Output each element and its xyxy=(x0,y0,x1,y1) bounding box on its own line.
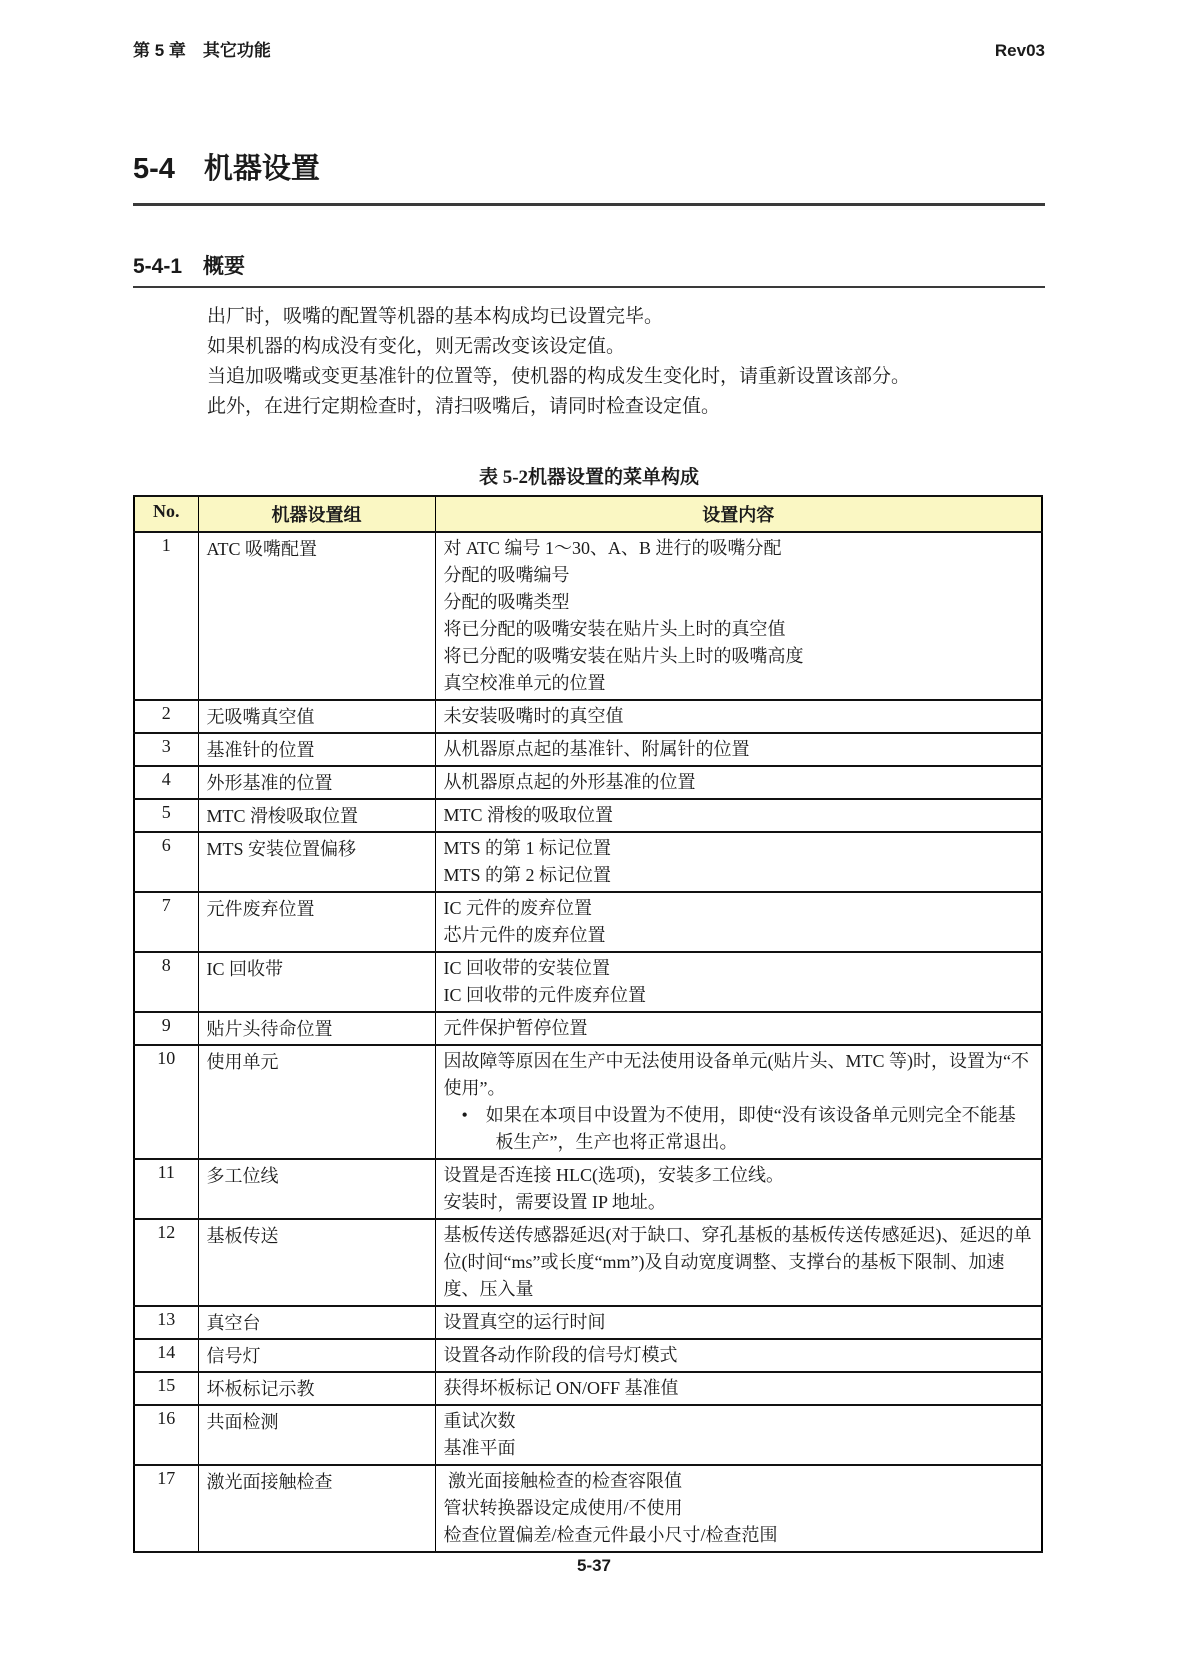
setting-content-line: 重试次数 xyxy=(444,1408,1034,1435)
setting-group-cell: 元件废弃位置 xyxy=(198,892,435,952)
subsection-title: 5-4-1 概要 xyxy=(133,250,1045,280)
row-number-cell: 15 xyxy=(134,1372,198,1405)
row-number-cell: 17 xyxy=(134,1465,198,1552)
row-number-cell: 12 xyxy=(134,1219,198,1306)
setting-content-cell: IC 回收带的安装位置IC 回收带的元件废弃位置 xyxy=(435,952,1042,1012)
row-number-cell: 8 xyxy=(134,952,198,1012)
setting-content-line: 设置各动作阶段的信号灯模式 xyxy=(444,1342,1034,1369)
chapter-header-text: 第 5 章 其它功能 xyxy=(133,36,271,61)
table-row: 2无吸嘴真空值未安装吸嘴时的真空值 xyxy=(134,700,1042,733)
setting-content-cell: MTS 的第 1 标记位置MTS 的第 2 标记位置 xyxy=(435,832,1042,892)
setting-content-cell: IC 元件的废弃位置芯片元件的废弃位置 xyxy=(435,892,1042,952)
setting-content-line: 基板传送传感器延迟(对于缺口、穿孔基板的基板传送传感延迟)、延迟的单位(时间“m… xyxy=(444,1222,1034,1303)
table-caption: 表 5-2机器设置的菜单构成 xyxy=(133,462,1045,489)
setting-content-line: 获得坏板标记 ON/OFF 基准值 xyxy=(444,1375,1034,1402)
setting-content-line: 将已分配的吸嘴安装在贴片头上时的吸嘴高度 xyxy=(444,643,1034,670)
setting-group-cell: IC 回收带 xyxy=(198,952,435,1012)
table-row: 7元件废弃位置IC 元件的废弃位置芯片元件的废弃位置 xyxy=(134,892,1042,952)
setting-content-line: 从机器原点起的基准针、附属针的位置 xyxy=(444,736,1034,763)
setting-content-cell: MTC 滑梭的吸取位置 xyxy=(435,799,1042,832)
page-content: 第 5 章 其它功能 Rev03 5-4 机器设置 5-4-1 概要 出厂时，吸… xyxy=(133,0,1045,1553)
table-body: 1ATC 吸嘴配置对 ATC 编号 1～30、A、B 进行的吸嘴分配分配的吸嘴编… xyxy=(134,532,1042,1552)
revision-label: Rev03 xyxy=(995,41,1045,61)
setting-content-line: • 如果在本项目中设置为不使用，即使“没有该设备单元则完全不能基板生产”，生产也… xyxy=(444,1102,1034,1156)
setting-content-cell: 设置是否连接 HLC(选项)，安装多工位线。安装时，需要设置 IP 地址。 xyxy=(435,1159,1042,1219)
setting-content-cell: 基板传送传感器延迟(对于缺口、穿孔基板的基板传送传感延迟)、延迟的单位(时间“m… xyxy=(435,1219,1042,1306)
setting-content-line: 因故障等原因在生产中无法使用设备单元(贴片头、MTC 等)时，设置为“不使用”。 xyxy=(444,1048,1034,1102)
page-number: 5-37 xyxy=(0,1556,1188,1576)
table-row: 5MTC 滑梭吸取位置MTC 滑梭的吸取位置 xyxy=(134,799,1042,832)
setting-content-cell: 对 ATC 编号 1～30、A、B 进行的吸嘴分配分配的吸嘴编号分配的吸嘴类型将… xyxy=(435,532,1042,700)
setting-content-cell: 获得坏板标记 ON/OFF 基准值 xyxy=(435,1372,1042,1405)
setting-content-line: IC 回收带的安装位置 xyxy=(444,955,1034,982)
table-header: No. 机器设置组 设置内容 xyxy=(134,496,1042,532)
setting-content-line: 真空校准单元的位置 xyxy=(444,670,1034,697)
setting-group-cell: 基准针的位置 xyxy=(198,733,435,766)
setting-group-cell: 信号灯 xyxy=(198,1339,435,1372)
row-number-cell: 6 xyxy=(134,832,198,892)
table-row: 15坏板标记示教获得坏板标记 ON/OFF 基准值 xyxy=(134,1372,1042,1405)
table-row: 13真空台设置真空的运行时间 xyxy=(134,1306,1042,1339)
row-number-cell: 1 xyxy=(134,532,198,700)
setting-group-cell: MTC 滑梭吸取位置 xyxy=(198,799,435,832)
row-number-cell: 7 xyxy=(134,892,198,952)
row-number-cell: 4 xyxy=(134,766,198,799)
setting-content-line: 安装时，需要设置 IP 地址。 xyxy=(444,1189,1034,1216)
row-number-cell: 13 xyxy=(134,1306,198,1339)
setting-content-cell: 设置各动作阶段的信号灯模式 xyxy=(435,1339,1042,1372)
table-row: 6MTS 安装位置偏移MTS 的第 1 标记位置MTS 的第 2 标记位置 xyxy=(134,832,1042,892)
setting-content-line: 分配的吸嘴编号 xyxy=(444,562,1034,589)
setting-content-line: 设置真空的运行时间 xyxy=(444,1309,1034,1336)
table-row: 10使用单元因故障等原因在生产中无法使用设备单元(贴片头、MTC 等)时，设置为… xyxy=(134,1045,1042,1159)
setting-content-cell: 激光面接触检查的检查容限值管状转换器设定成使用/不使用检查位置偏差/检查元件最小… xyxy=(435,1465,1042,1552)
running-header: 第 5 章 其它功能 Rev03 xyxy=(133,0,1045,61)
overview-line: 出厂时，吸嘴的配置等机器的基本构成均已设置完毕。 xyxy=(207,302,1045,332)
setting-group-cell: 使用单元 xyxy=(198,1045,435,1159)
setting-content-line: 激光面接触检查的检查容限值 xyxy=(444,1468,1034,1495)
row-number-cell: 11 xyxy=(134,1159,198,1219)
setting-content-line: 管状转换器设定成使用/不使用 xyxy=(444,1495,1034,1522)
setting-group-cell: 基板传送 xyxy=(198,1219,435,1306)
table-row: 4外形基准的位置从机器原点起的外形基准的位置 xyxy=(134,766,1042,799)
row-number-cell: 5 xyxy=(134,799,198,832)
setting-content-cell: 从机器原点起的外形基准的位置 xyxy=(435,766,1042,799)
setting-group-cell: MTS 安装位置偏移 xyxy=(198,832,435,892)
column-header-group: 机器设置组 xyxy=(198,496,435,532)
setting-content-cell: 从机器原点起的基准针、附属针的位置 xyxy=(435,733,1042,766)
setting-content-line: 设置是否连接 HLC(选项)，安装多工位线。 xyxy=(444,1162,1034,1189)
overview-paragraphs: 出厂时，吸嘴的配置等机器的基本构成均已设置完毕。 如果机器的构成没有变化，则无需… xyxy=(133,302,1045,422)
setting-content-line: MTS 的第 1 标记位置 xyxy=(444,835,1034,862)
setting-content-line: 芯片元件的废弃位置 xyxy=(444,922,1034,949)
setting-content-cell: 未安装吸嘴时的真空值 xyxy=(435,700,1042,733)
row-number-cell: 16 xyxy=(134,1405,198,1465)
table-row: 8IC 回收带IC 回收带的安装位置IC 回收带的元件废弃位置 xyxy=(134,952,1042,1012)
subsection-title-rule xyxy=(133,286,1045,288)
table-row: 3基准针的位置从机器原点起的基准针、附属针的位置 xyxy=(134,733,1042,766)
section-title-rule xyxy=(133,203,1045,206)
setting-group-cell: 无吸嘴真空值 xyxy=(198,700,435,733)
setting-content-line: 将已分配的吸嘴安装在贴片头上时的真空值 xyxy=(444,616,1034,643)
setting-content-line: 未安装吸嘴时的真空值 xyxy=(444,703,1034,730)
column-header-no: No. xyxy=(134,496,198,532)
overview-line: 当追加吸嘴或变更基准针的位置等，使机器的构成发生变化时，请重新设置该部分。 xyxy=(207,362,1045,392)
setting-group-cell: 坏板标记示教 xyxy=(198,1372,435,1405)
setting-content-line: IC 回收带的元件废弃位置 xyxy=(444,982,1034,1009)
setting-content-line: IC 元件的废弃位置 xyxy=(444,895,1034,922)
machine-settings-table: No. 机器设置组 设置内容 1ATC 吸嘴配置对 ATC 编号 1～30、A、… xyxy=(133,495,1043,1553)
setting-group-cell: 共面检测 xyxy=(198,1405,435,1465)
setting-group-cell: 多工位线 xyxy=(198,1159,435,1219)
setting-content-line: MTS 的第 2 标记位置 xyxy=(444,862,1034,889)
setting-content-cell: 设置真空的运行时间 xyxy=(435,1306,1042,1339)
setting-group-cell: 外形基准的位置 xyxy=(198,766,435,799)
setting-content-line: 从机器原点起的外形基准的位置 xyxy=(444,769,1034,796)
table-row: 14信号灯设置各动作阶段的信号灯模式 xyxy=(134,1339,1042,1372)
manual-page: 第 5 章 其它功能 Rev03 5-4 机器设置 5-4-1 概要 出厂时，吸… xyxy=(0,0,1188,1680)
column-header-content: 设置内容 xyxy=(435,496,1042,532)
setting-content-line: 分配的吸嘴类型 xyxy=(444,589,1034,616)
table-row: 12基板传送基板传送传感器延迟(对于缺口、穿孔基板的基板传送传感延迟)、延迟的单… xyxy=(134,1219,1042,1306)
row-number-cell: 9 xyxy=(134,1012,198,1045)
overview-line: 此外，在进行定期检查时，清扫吸嘴后，请同时检查设定值。 xyxy=(207,392,1045,422)
setting-content-line: 对 ATC 编号 1～30、A、B 进行的吸嘴分配 xyxy=(444,535,1034,562)
setting-content-cell: 因故障等原因在生产中无法使用设备单元(贴片头、MTC 等)时，设置为“不使用”。… xyxy=(435,1045,1042,1159)
setting-group-cell: 贴片头待命位置 xyxy=(198,1012,435,1045)
setting-content-cell: 重试次数基准平面 xyxy=(435,1405,1042,1465)
setting-content-line: MTC 滑梭的吸取位置 xyxy=(444,802,1034,829)
setting-content-line: 检查位置偏差/检查元件最小尺寸/检查范围 xyxy=(444,1522,1034,1549)
setting-content-cell: 元件保护暂停位置 xyxy=(435,1012,1042,1045)
setting-group-cell: 激光面接触检查 xyxy=(198,1465,435,1552)
setting-content-line: 基准平面 xyxy=(444,1435,1034,1462)
row-number-cell: 10 xyxy=(134,1045,198,1159)
row-number-cell: 3 xyxy=(134,733,198,766)
table-row: 17激光面接触检查 激光面接触检查的检查容限值管状转换器设定成使用/不使用检查位… xyxy=(134,1465,1042,1552)
table-row: 9贴片头待命位置元件保护暂停位置 xyxy=(134,1012,1042,1045)
setting-group-cell: 真空台 xyxy=(198,1306,435,1339)
setting-group-cell: ATC 吸嘴配置 xyxy=(198,532,435,700)
table-row: 11多工位线设置是否连接 HLC(选项)，安装多工位线。安装时，需要设置 IP … xyxy=(134,1159,1042,1219)
row-number-cell: 14 xyxy=(134,1339,198,1372)
table-row: 16共面检测重试次数基准平面 xyxy=(134,1405,1042,1465)
table-row: 1ATC 吸嘴配置对 ATC 编号 1～30、A、B 进行的吸嘴分配分配的吸嘴编… xyxy=(134,532,1042,700)
setting-content-line: 元件保护暂停位置 xyxy=(444,1015,1034,1042)
overview-line: 如果机器的构成没有变化，则无需改变该设定值。 xyxy=(207,332,1045,362)
section-title: 5-4 机器设置 xyxy=(133,146,1045,187)
row-number-cell: 2 xyxy=(134,700,198,733)
